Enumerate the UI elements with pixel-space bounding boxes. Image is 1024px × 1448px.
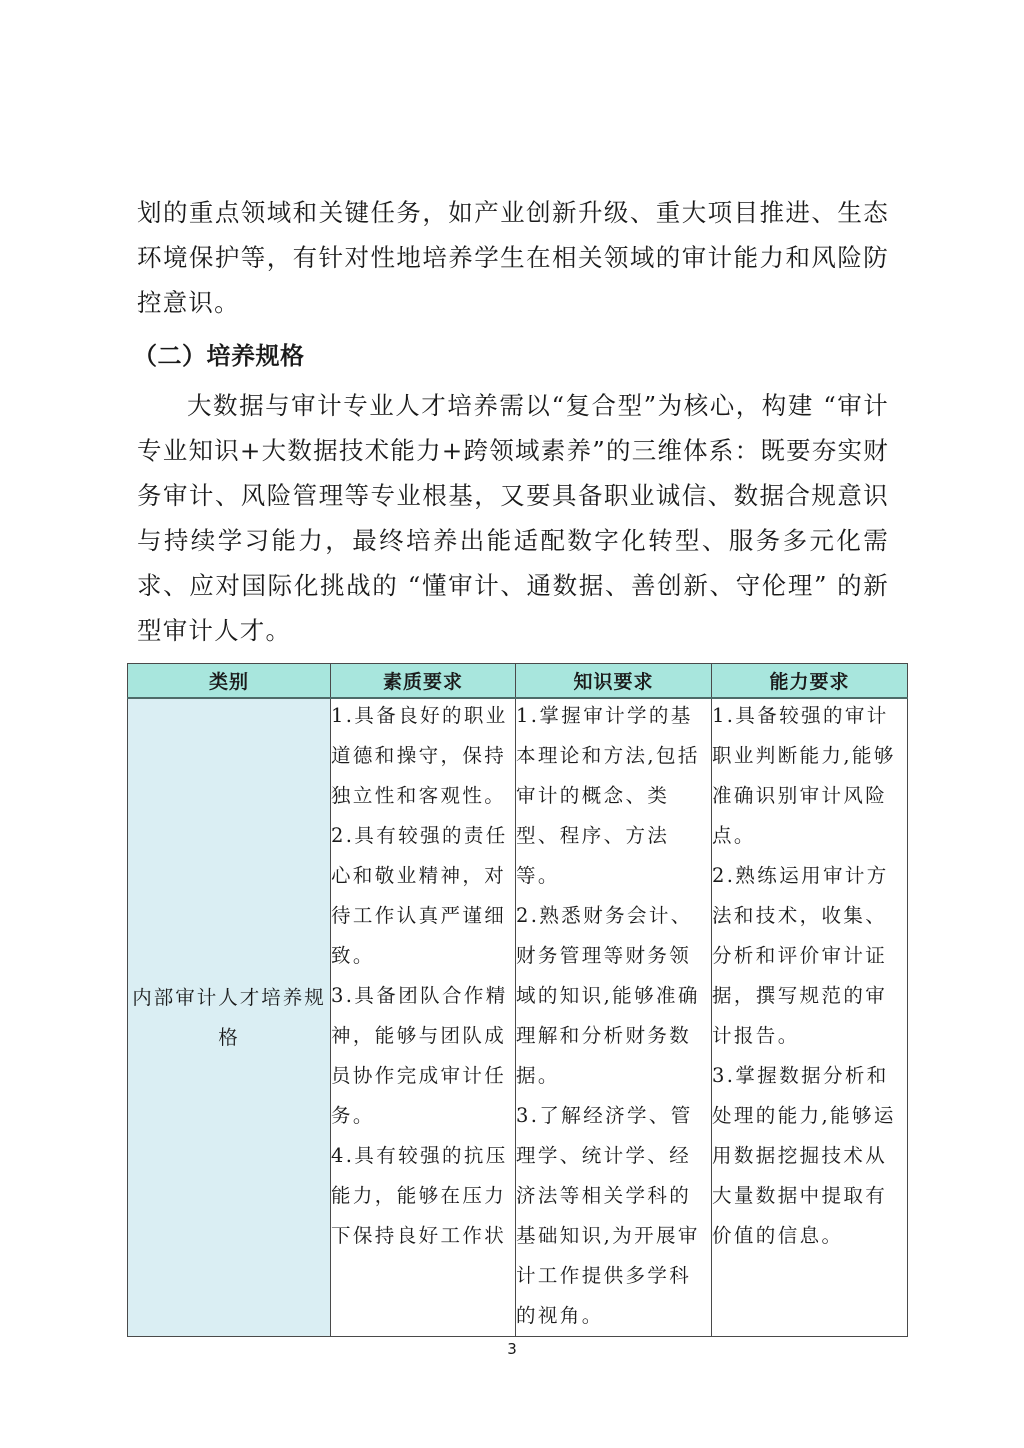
column-header-category: 类别 <box>128 664 331 699</box>
quality-text: 1.具备良好的职业道德和操守，保持独立性和客观性。 2.具有较强的责任心和敬业精… <box>331 696 515 1256</box>
table-row: 内部审计人才培养规格 1.具备良好的职业道德和操守，保持独立性和客观性。 2.具… <box>128 698 908 1337</box>
paragraph-training-specs: 大数据与审计专业人才培养需以“复合型”为核心，构建 “审计专业知识+大数据技术能… <box>137 383 889 653</box>
category-cell: 内部审计人才培养规格 <box>128 698 331 1337</box>
column-header-knowledge: 知识要求 <box>516 664 712 699</box>
ability-cell: 1.具备较强的审计职业判断能力,能够准确识别审计风险点。 2.熟练运用审计方法和… <box>712 698 908 1337</box>
document-page: 划的重点领域和关键任务，如产业创新升级、重大项目推进、生态环境保护等，有针对性地… <box>0 0 1024 1448</box>
column-header-quality: 素质要求 <box>331 664 516 699</box>
paragraph-continuation: 划的重点领域和关键任务，如产业创新升级、重大项目推进、生态环境保护等，有针对性地… <box>137 190 889 325</box>
knowledge-text: 1.掌握审计学的基本理论和方法,包括审计的概念、类型、程序、方法等。 2.熟悉财… <box>516 696 711 1336</box>
training-spec-table: 类别 素质要求 知识要求 能力要求 内部审计人才培养规格 1.具备良好的职业道德… <box>127 663 908 1337</box>
ability-text: 1.具备较强的审计职业判断能力,能够准确识别审计风险点。 2.熟练运用审计方法和… <box>712 696 907 1256</box>
page-number: 3 <box>0 1340 1024 1358</box>
section-heading: （二）培养规格 <box>133 338 305 374</box>
table-header-row: 类别 素质要求 知识要求 能力要求 <box>128 664 908 699</box>
column-header-ability: 能力要求 <box>712 664 908 699</box>
quality-cell: 1.具备良好的职业道德和操守，保持独立性和客观性。 2.具有较强的责任心和敬业精… <box>331 698 516 1337</box>
knowledge-cell: 1.掌握审计学的基本理论和方法,包括审计的概念、类型、程序、方法等。 2.熟悉财… <box>516 698 712 1337</box>
